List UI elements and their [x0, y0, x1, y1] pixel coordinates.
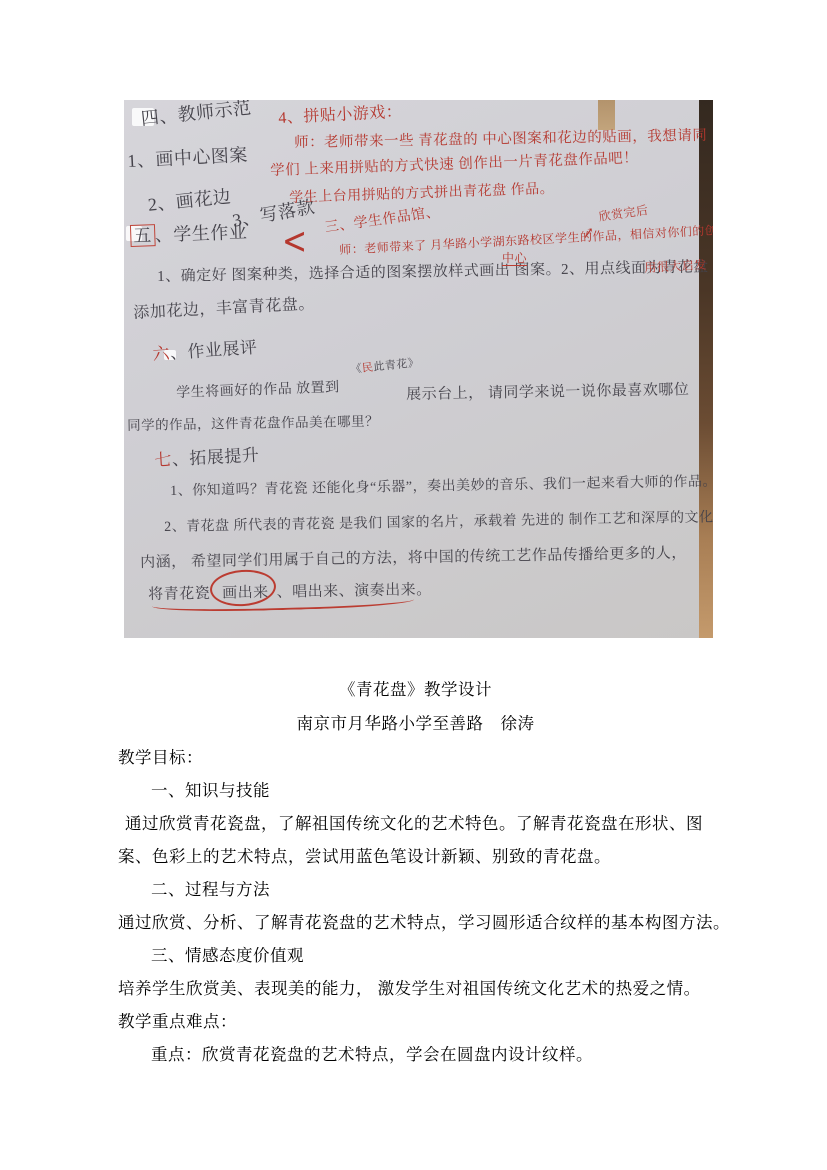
hand-line: 同学的作品，这件青花盘作品美在哪里？	[127, 415, 379, 434]
red-char: 七	[154, 450, 172, 470]
doc-line: 通过欣赏、分析、了解青花瓷盘的艺术特点，学习圆形适合纹样的基本构图方法。	[118, 909, 730, 933]
hand-insert-title: 《民此青花》	[350, 357, 420, 376]
doc-line: 通过欣赏青花瓷盘，了解祖国传统文化的艺术特色。了解青花瓷盘在形状、图	[125, 810, 703, 834]
red-char: 六	[152, 344, 171, 364]
boxed-char: 五	[130, 224, 155, 247]
hand-line: 2、画花边	[147, 187, 232, 215]
red-annotation: 学们 上来用拼贴的方式快速 创作出一片青花盘作品吧！	[270, 151, 639, 180]
hand-line: 学生将画好的作品 放置到	[176, 380, 340, 401]
red-annotation: 学生上台用拼贴的方式拼出青花盘 作品。	[289, 182, 554, 207]
red-annotation: 师：老师带来一些 青花盘的 中心图案和花边的贴画，我想请同	[294, 129, 707, 152]
hand-text: 、学生作业	[154, 222, 247, 245]
doc-line: 三、情感态度价值观	[151, 942, 304, 966]
hand-line: 1、你知道吗？青花瓷 还能化身“乐器”，奏出美妙的音乐、我们一起来看大师的作品。	[170, 474, 713, 499]
hand-line: 1、画中心图案	[127, 146, 248, 172]
hand-line: 内涵， 希望同学们用属于自己的方法，将中国的传统工艺作品传播给更多的人，	[140, 545, 687, 571]
doc-line: 培养学生欣赏美、表现美的能力， 激发学生对祖国传统文化艺术的热爱之情。	[118, 975, 701, 999]
doc-subtitle: 南京市月华路小学至善路 徐涛	[118, 710, 731, 734]
hand-line: 展示台上， 请同学来说一说你最喜欢哪位	[406, 382, 690, 403]
red-annotation: 欣赏完后	[598, 204, 649, 224]
hand-line-section7: 七、拓展提升	[154, 447, 260, 471]
hand-text: 此青花》	[373, 357, 420, 374]
doc-line: 一、知识与技能	[151, 777, 270, 801]
hand-line-section6: 六、作业展评	[152, 339, 258, 365]
hand-line: 2、青花盘 所代表的青花瓷 是我们 国家的名片，承载着 先进的 制作工艺和深厚的…	[164, 510, 713, 535]
doc-line-objectives: 教学目标：	[118, 744, 203, 768]
red-annotation-section3: 三、学生作品馆、	[324, 205, 441, 236]
hand-text: 、拓展提升	[171, 446, 259, 470]
red-annotation: 4、拼贴小游戏：	[278, 104, 403, 128]
doc-line: 案、色彩上的艺术特点，尝试用蓝色笔设计新颖、别致的青花盘。	[118, 843, 611, 867]
arrow-up-right-icon: ↗	[580, 223, 596, 244]
hand-line: 添加花边，丰富青花盘。	[133, 296, 315, 323]
doc-line-keypoints: 教学重点难点：	[118, 1008, 237, 1032]
hand-line: 1、确定好 图案种类，选择合适的图案摆放样式画出 图案。2、用点线面为青花盘	[157, 259, 709, 285]
desk-edge	[699, 100, 713, 638]
desk-edge-notch	[598, 100, 615, 130]
doc-line: 重点：欣赏青花瓷盘的艺术特点，学会在圆盘内设计纹样。	[151, 1041, 593, 1065]
angle-bracket-mark: <	[282, 220, 307, 264]
hand-line-section5: 五、学生作业	[130, 223, 248, 247]
doc-title: 《青花盘》教学设计	[118, 676, 775, 700]
handwritten-notes-photo: 四、教师示范 1、画中心图案 2、画花边 3、写落款 五、学生作业 1、确定好 …	[124, 100, 713, 638]
doc-line: 二、过程与方法	[151, 876, 270, 900]
red-insert-mark: 中心	[502, 252, 527, 266]
hand-line-section4: 四、教师示范	[140, 100, 252, 130]
hand-text: 、作业展评	[169, 338, 258, 363]
